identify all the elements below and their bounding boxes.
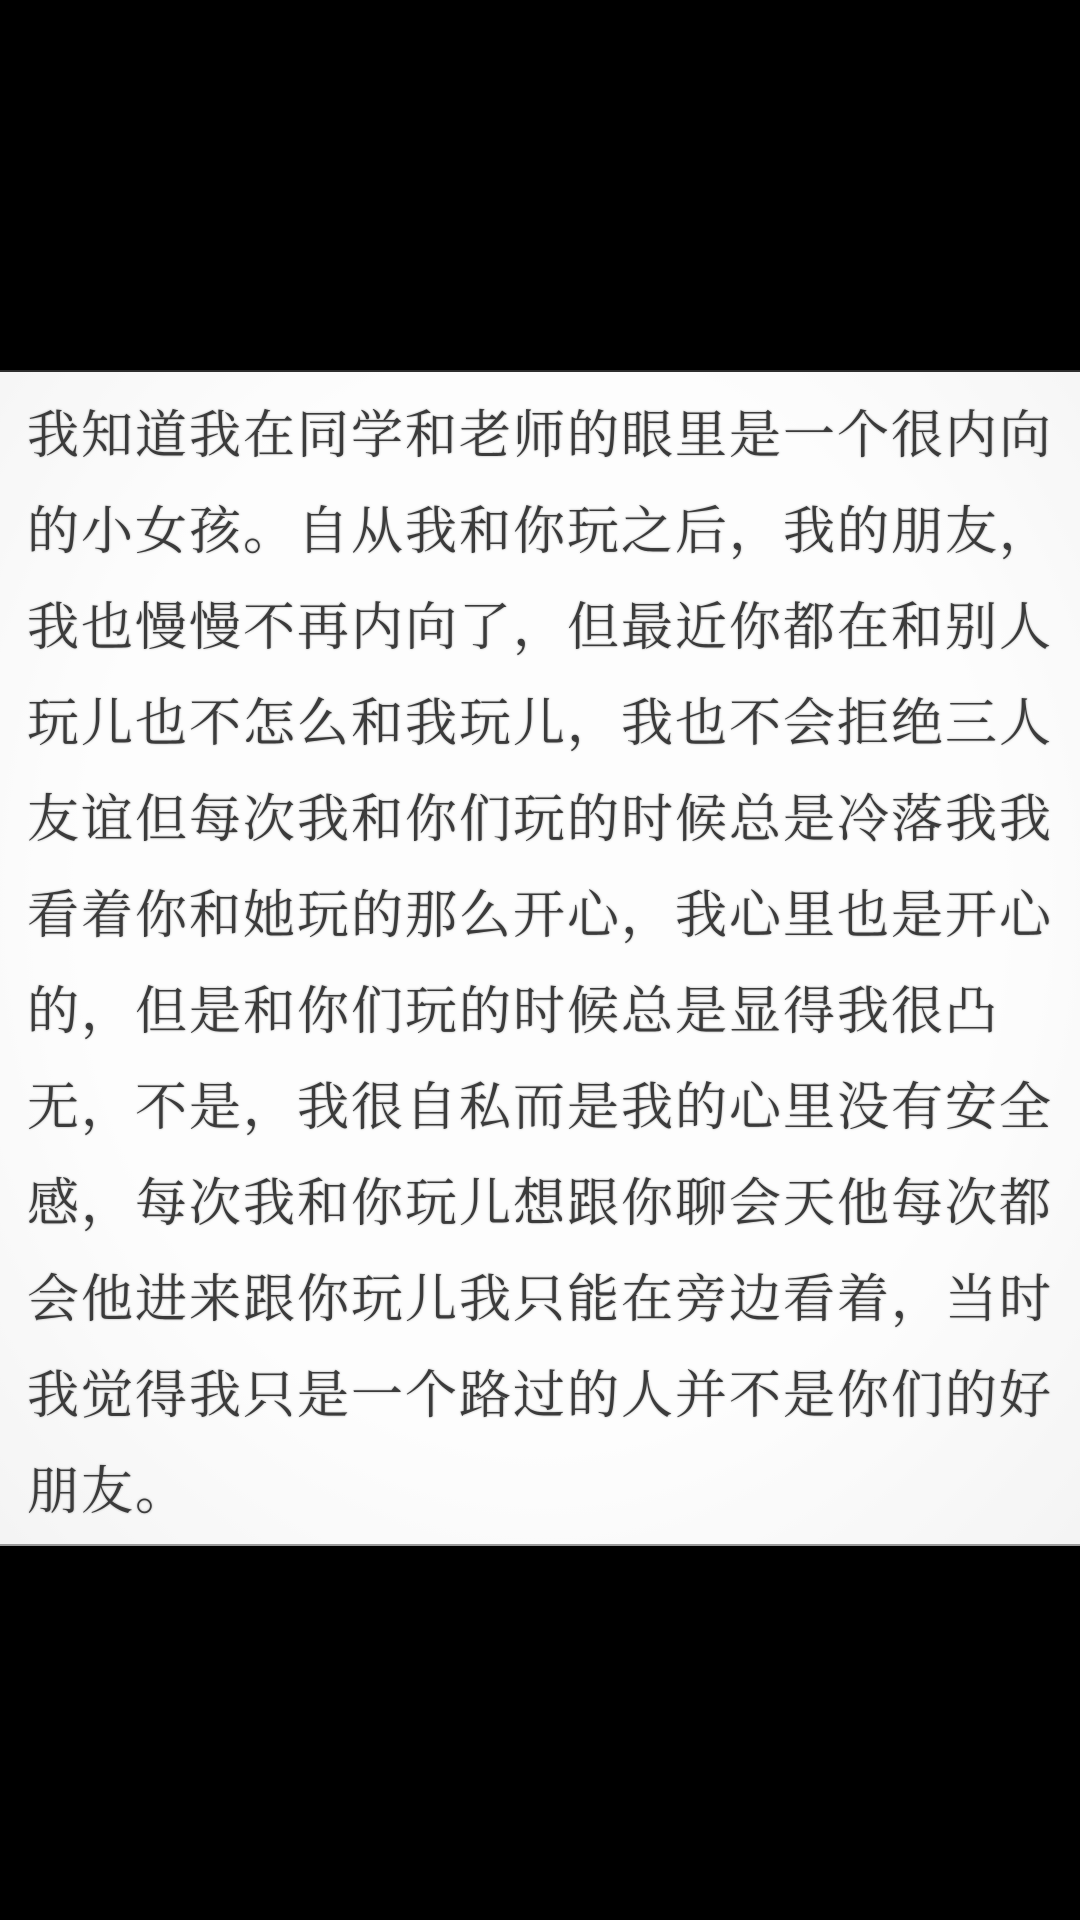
handwritten-line-1: 我知道我在同学和老师的眼里是一个很内向 <box>27 388 1062 484</box>
handwritten-line-7: 的，但是和你们玩的时候总是显得我很凸 <box>27 964 1062 1060</box>
top-letterbox <box>0 0 1080 370</box>
bottom-letterbox <box>0 1546 1080 1920</box>
handwritten-line-5: 友谊但每次我和你们玩的时候总是冷落我我 <box>27 772 1062 868</box>
screenshot-root: 我知道我在同学和老师的眼里是一个很内向 的小女孩。自从我和你玩之后，我的朋友， … <box>0 0 1080 1920</box>
handwritten-line-4: 玩儿也不怎么和我玩儿，我也不会拒绝三人 <box>27 676 1062 772</box>
handwritten-line-6: 看着你和她玩的那么开心，我心里也是开心 <box>27 868 1062 964</box>
handwritten-line-10: 会他进来跟你玩儿我只能在旁边看着，当时 <box>27 1252 1062 1348</box>
handwritten-line-3: 我也慢慢不再内向了，但最近你都在和别人 <box>27 580 1062 676</box>
handwritten-line-12: 朋友。 <box>27 1444 1062 1540</box>
handwritten-line-11: 我觉得我只是一个路过的人并不是你们的好 <box>27 1348 1062 1444</box>
handwritten-note: 我知道我在同学和老师的眼里是一个很内向 的小女孩。自从我和你玩之后，我的朋友， … <box>0 370 1080 1546</box>
handwritten-line-9: 感，每次我和你玩儿想跟你聊会天他每次都 <box>27 1156 1062 1252</box>
handwritten-line-2: 的小女孩。自从我和你玩之后，我的朋友， <box>27 484 1062 580</box>
handwritten-line-8: 无，不是，我很自私而是我的心里没有安全 <box>27 1060 1062 1156</box>
